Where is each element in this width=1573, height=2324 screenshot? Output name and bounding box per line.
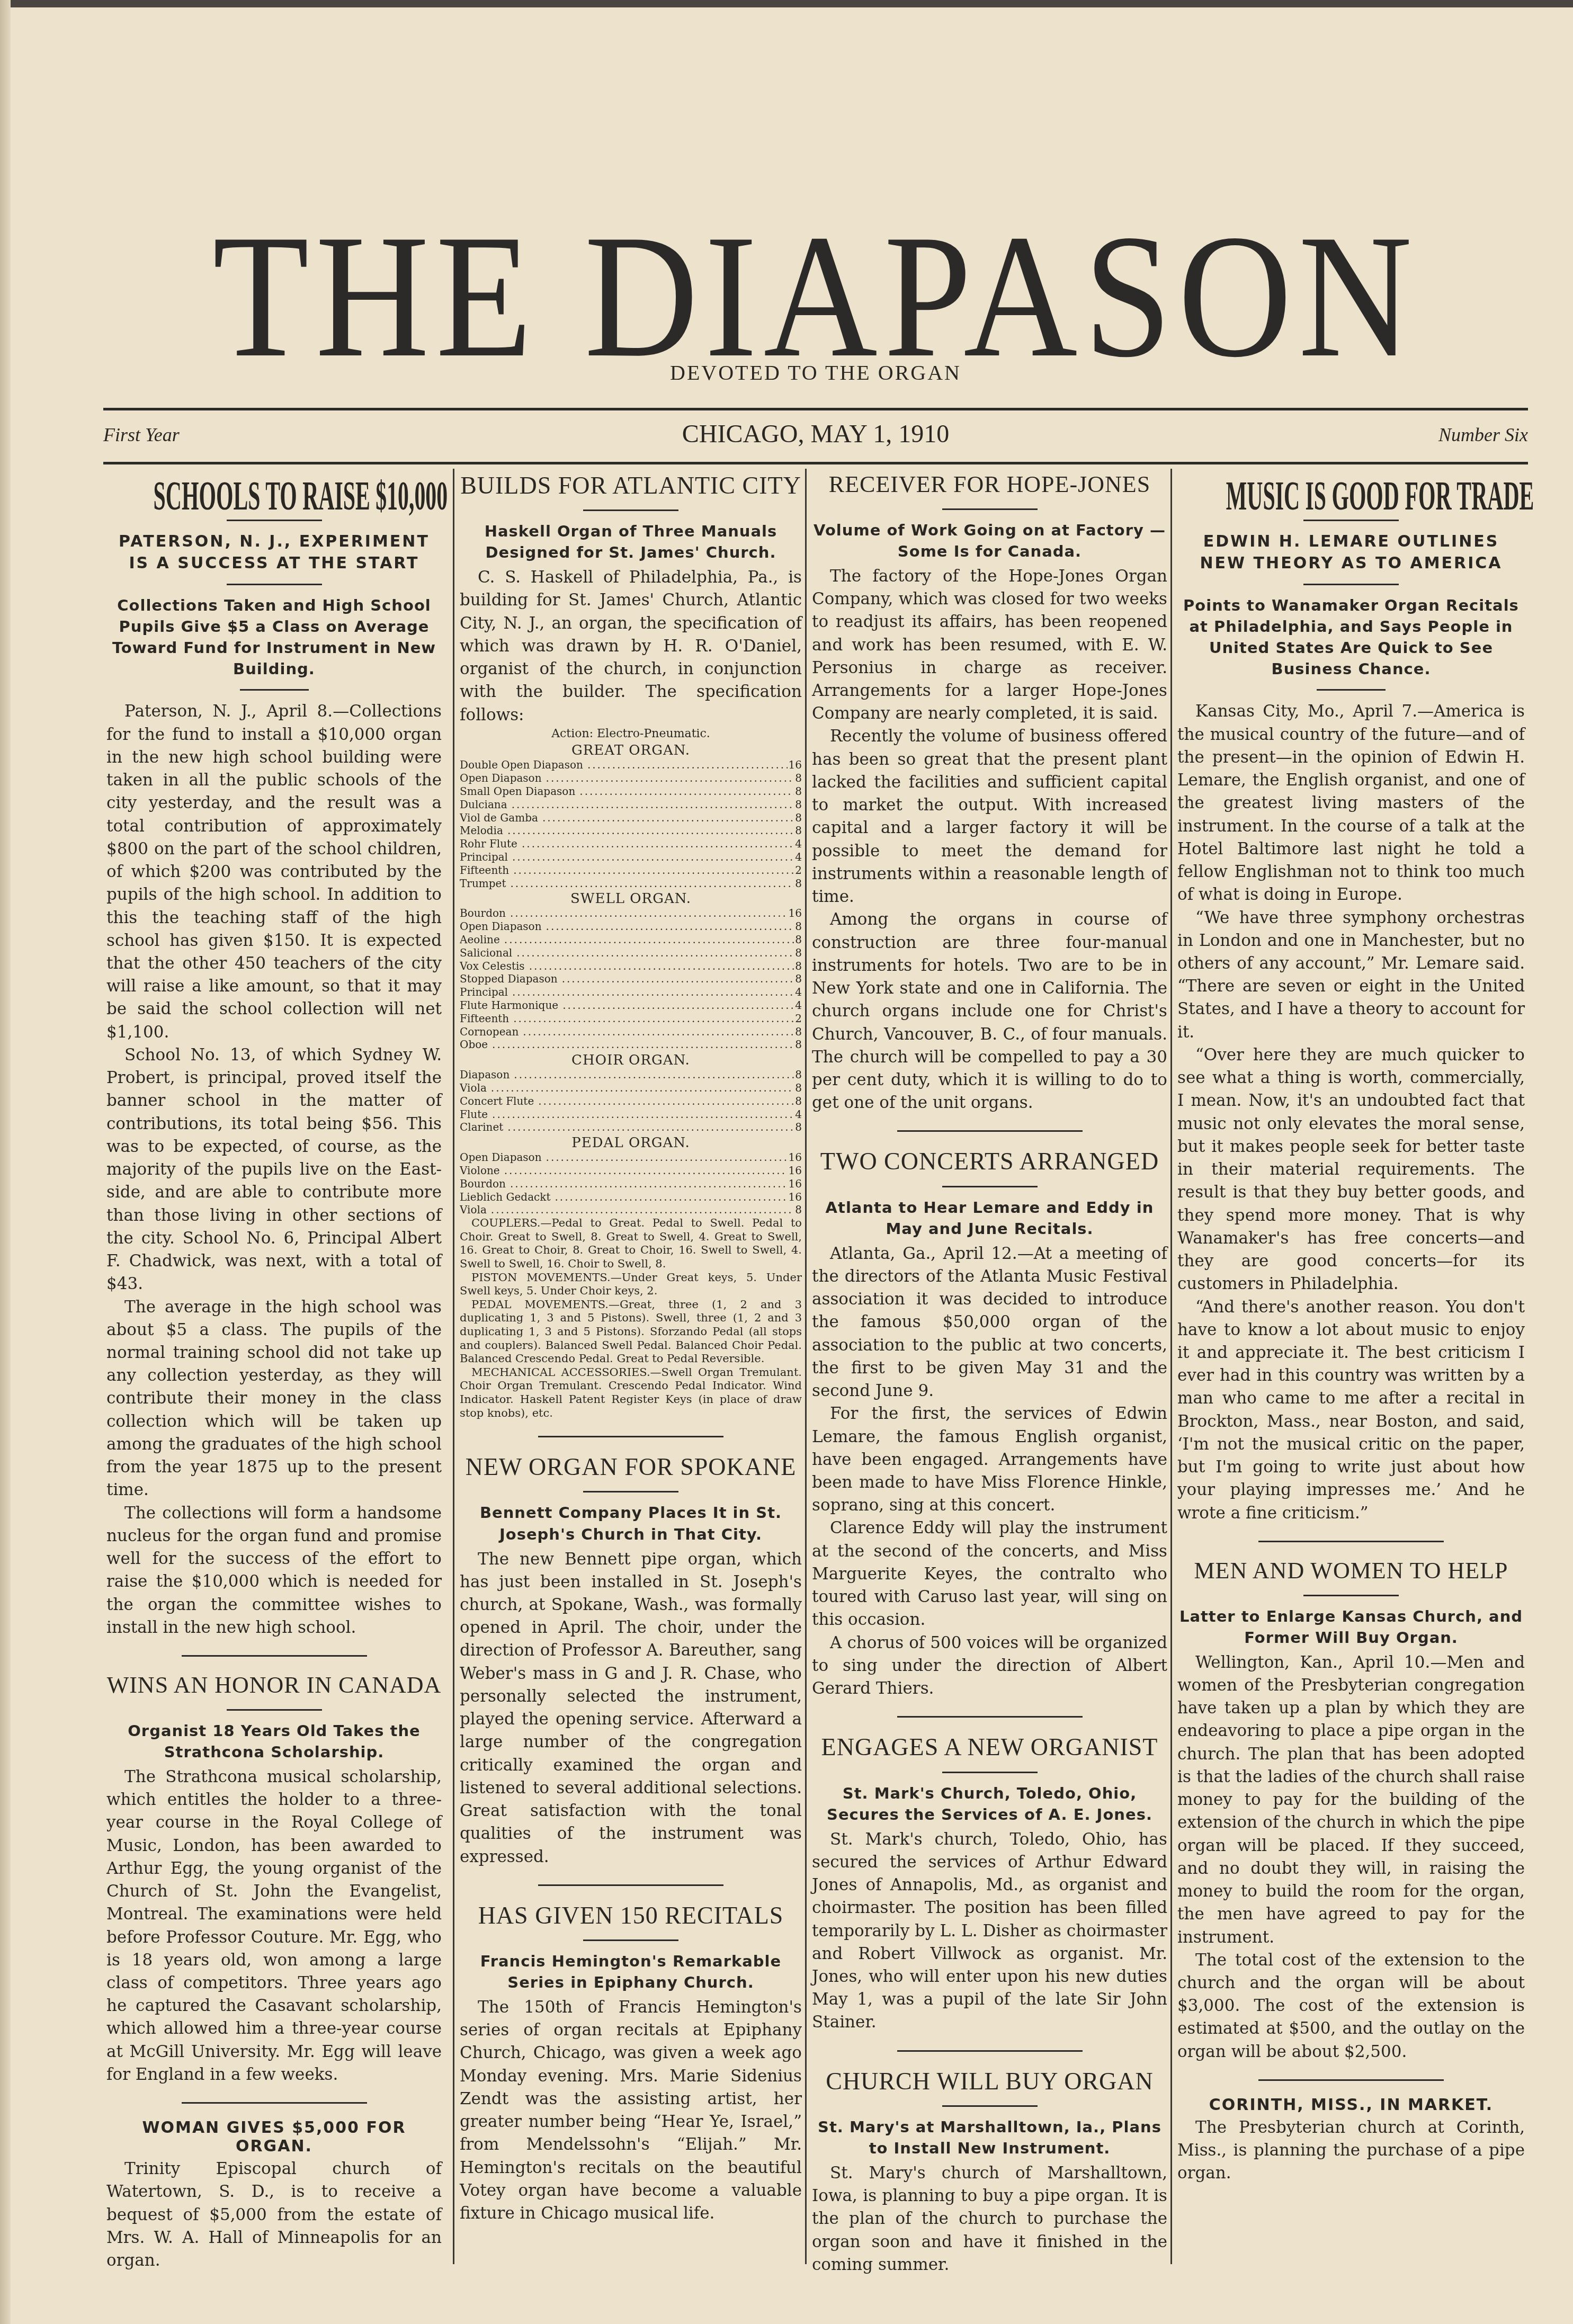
section-divider [538,1436,723,1437]
stop-name: Oboe [460,1038,492,1051]
stop-name: Principal [460,851,512,864]
paragraph: A chorus of 500 voices will be organized… [812,1632,1167,1701]
section-divider [897,1130,1083,1132]
stop-name: Trumpet [460,877,510,890]
leader-dots [512,851,794,864]
stop-pitch: 4 [794,986,802,999]
paragraph: The 150th of Francis Hemington's series … [460,1996,802,2225]
stop-row: Viola8 [460,1081,802,1095]
stop-row: Double Open Diapason16 [460,758,802,772]
deck: Organist 18 Years Old Takes the Strathco… [106,1720,442,1763]
stop-row: Open Diapason8 [460,772,802,785]
deck: Francis Hemington's Remarkable Series in… [460,1951,802,1993]
article-men-women: MEN AND WOMEN TO HELP Latter to Enlarge … [1177,1557,1525,2063]
stop-name: Viola [460,1081,491,1095]
stop-row: Viol de Gamba8 [460,811,802,825]
stop-row: Aeoline8 [460,933,802,946]
divider [1317,689,1386,691]
leader-dots [529,960,794,973]
paragraph: St. Mark's church, Toledo, Ohio, has sec… [812,1828,1167,2034]
stop-pitch: 8 [794,798,802,811]
divider [583,1491,678,1492]
stop-name: Rohr Flute [460,837,522,851]
headline: NEW ORGAN FOR SPOKANE [460,1452,802,1481]
section-divider [182,1655,367,1657]
spec-note: PISTON MOVEMENTS.—Under Great keys, 5. U… [460,1271,802,1298]
stop-pitch: 8 [794,1025,802,1039]
stop-row: Fifteenth2 [460,1012,802,1025]
stop-list-choir: Diapason8Viola8Concert Flute8Flute4Clari… [460,1068,802,1134]
leader-dots [512,986,794,999]
deck: Volume of Work Going on at Factory —Some… [812,520,1167,562]
stop-pitch: 16 [788,907,802,920]
paragraph: St. Mary's church of Marshalltown, Iowa,… [812,2162,1167,2276]
stop-pitch: 8 [794,920,802,933]
leader-dots [504,1164,788,1177]
article-new-organist: ENGAGES A NEW ORGANIST St. Mark's Church… [812,1732,1167,2034]
stop-row: Diapason8 [460,1068,802,1081]
paragraph: Atlanta, Ga., April 12.—At a meeting of … [812,1243,1167,1403]
paragraph: “Over here they are much quicker to see … [1177,1044,1525,1296]
article-church-buy: CHURCH WILL BUY ORGAN St. Mary's at Mars… [812,2067,1167,2276]
article-recitals: HAS GIVEN 150 RECITALS Francis Hemington… [460,1901,802,2225]
stop-name: Concert Flute [460,1095,538,1108]
stop-name: Violone [460,1164,504,1177]
paragraph: “And there's another reason. You don't h… [1177,1296,1525,1525]
stop-row: Salicional8 [460,946,802,960]
paragraph: Wellington, Kan., April 10.—Men and wome… [1177,1651,1525,1949]
stop-row: Fifteenth2 [460,864,802,877]
leader-dots [510,907,788,920]
leader-dots [546,920,794,933]
stop-name: Viol de Gamba [460,811,542,825]
divider [1303,584,1399,585]
article-hope-jones: RECEIVER FOR HOPE-JONES Volume of Work G… [812,471,1167,1114]
stop-row: Clarinet8 [460,1121,802,1134]
stop-row: Open Diapason16 [460,1151,802,1164]
leader-dots [504,933,794,946]
stop-name: Melodia [460,824,507,837]
stop-name: Flute Harmonique [460,999,562,1012]
deck: St. Mark's Church, Toledo, Ohio, Secures… [812,1783,1167,1825]
headline: TWO CONCERTS ARRANGED [812,1147,1167,1176]
issue-number: Number Six [1438,424,1528,446]
leader-dots [516,946,794,960]
leader-dots [513,864,794,877]
stop-name: Flute [460,1108,492,1121]
paragraph: Clarence Eddy will play the instrument a… [812,1517,1167,1631]
headline: WOMAN GIVES $5,000 FOR ORGAN. [106,2119,442,2156]
stop-pitch: 8 [794,785,802,798]
stop-name: Diapason [460,1068,514,1081]
paragraph: The total cost of the extension to the c… [1177,1949,1525,2063]
paragraph: Trinity Episcopal church of Watertown, S… [106,2158,442,2272]
stop-pitch: 16 [788,1177,802,1191]
article-two-concerts: TWO CONCERTS ARRANGED Atlanta to Hear Le… [812,1147,1167,1700]
stop-pitch: 8 [794,824,802,837]
divider [227,1709,322,1711]
article-schools: SCHOOLS TO RAISE $10,000 PATERSON, N. J.… [106,471,442,1639]
headline: BUILDS FOR ATLANTIC CITY [460,471,802,500]
stop-row: Rohr Flute4 [460,837,802,851]
stop-row: Stopped Diapason8 [460,972,802,986]
leader-dots [507,1121,794,1134]
leader-dots [538,1095,794,1108]
deck: PATERSON, N. J., EXPERIMENT IS A SUCCESS… [106,531,442,575]
paragraph: The new Bennett pipe organ, which has ju… [460,1548,802,1869]
stop-row: Vox Celestis8 [460,960,802,973]
stop-name: Aeoline [460,933,504,946]
stop-name: Vox Celestis [460,960,529,973]
paragraph: The factory of the Hope-Jones Organ Comp… [812,565,1167,726]
stop-name: Fifteenth [460,864,513,877]
stop-pitch: 8 [794,877,802,890]
stop-row: Small Open Diapason8 [460,785,802,798]
column-3: RECEIVER FOR HOPE-JONES Volume of Work G… [805,469,1170,2264]
stop-row: Viola8 [460,1203,802,1217]
divider [1303,1595,1399,1596]
article-music-trade: MUSIC IS GOOD FOR TRADE EDWIN H. LEMARE … [1177,471,1525,1525]
stop-list-pedal: Open Diapason16Violone16Bourdon16Lieblic… [460,1151,802,1217]
stop-pitch: 8 [794,1081,802,1095]
stop-list-great: Double Open Diapason16Open Diapason8Smal… [460,758,802,890]
stop-pitch: 4 [794,1108,802,1121]
divider [942,1772,1038,1773]
deck: Latter to Enlarge Kansas Church, and For… [1177,1606,1525,1648]
stop-name: Salicional [460,946,516,960]
stop-name: Clarinet [460,1121,507,1134]
stop-name: Open Diapason [460,1151,546,1164]
paragraph: The Presbyterian church at Corinth, Miss… [1177,2116,1525,2185]
stop-row: Bourdon16 [460,907,802,920]
headline: WINS AN HONOR IN CANADA [106,1672,442,1700]
headline: CORINTH, MISS., IN MARKET. [1177,2096,1525,2114]
division-heading: CHOIR ORGAN. [460,1052,802,1068]
column-2: BUILDS FOR ATLANTIC CITY Haskell Organ o… [453,469,805,2264]
leader-dots [579,785,794,798]
paragraph: For the first, the services of Edwin Lem… [812,1402,1167,1517]
stop-name: Cornopean [460,1025,523,1039]
headline: RECEIVER FOR HOPE-JONES [812,471,1167,499]
leader-dots [546,772,794,785]
issue-date: CHICAGO, MAY 1, 1910 [103,419,1528,449]
paragraph: The collections will form a handsome nuc… [106,1502,442,1639]
stop-pitch: 8 [794,933,802,946]
dateline-bar: First Year CHICAGO, MAY 1, 1910 Number S… [103,418,1528,450]
leader-dots [522,837,794,851]
stop-pitch: 8 [794,1038,802,1051]
leader-dots [555,1191,787,1204]
paragraph: “We have three symphony orchestras in Lo… [1177,907,1525,1044]
leader-dots [562,999,794,1012]
stop-name: Dulciana [460,798,512,811]
section-divider [1258,1541,1444,1542]
leader-dots [510,877,794,890]
stop-pitch: 8 [794,1121,802,1134]
article-corinth: CORINTH, MISS., IN MARKET. The Presbyter… [1177,2096,1525,2185]
stop-row: Flute4 [460,1108,802,1121]
divider [942,508,1038,510]
stop-name: Lieblich Gedackt [460,1191,555,1204]
article-atlantic-city: BUILDS FOR ATLANTIC CITY Haskell Organ o… [460,471,802,1420]
deck: Collections Taken and High School Pupils… [106,595,442,680]
headline: MUSIC IS GOOD FOR TRADE [1226,471,1476,521]
paragraph: School No. 13, of which Sydney W. Prober… [106,1044,442,1296]
section-divider [897,1716,1083,1718]
stop-pitch: 8 [794,1068,802,1081]
leader-dots [546,1151,788,1164]
stop-row: Concert Flute8 [460,1095,802,1108]
stop-pitch: 16 [788,1151,802,1164]
newspaper-columns: SCHOOLS TO RAISE $10,000 PATERSON, N. J.… [103,469,1528,2264]
divider [583,510,678,511]
stop-name: Viola [460,1203,491,1217]
stop-row: Oboe8 [460,1038,802,1051]
publication-title: THE DIAPASON [103,208,1528,385]
leader-dots [507,824,794,837]
stop-pitch: 16 [788,1191,802,1204]
deck: Points to Wanamaker Organ Recitals at Ph… [1177,595,1525,680]
divider [942,2105,1038,2107]
deck: EDWIN H. LEMARE OUTLINES NEW THEORY AS T… [1177,531,1525,575]
leader-dots [492,1108,794,1121]
section-divider [538,1884,723,1886]
leader-dots [510,1177,788,1191]
division-heading: GREAT ORGAN. [460,743,802,758]
stop-name: Bourdon [460,1177,510,1191]
stop-list-swell: Bourdon16Open Diapason8Aeoline8Saliciona… [460,907,802,1051]
leader-dots [491,1081,794,1095]
stop-pitch: 8 [794,972,802,986]
stop-row: Open Diapason8 [460,920,802,933]
leader-dots [587,758,788,772]
deck: Atlanta to Hear Lemare and Eddy in May a… [812,1197,1167,1239]
deck: Bennett Company Places It in St. Joseph'… [460,1502,802,1544]
stop-pitch: 4 [794,837,802,851]
stop-row: Flute Harmonique4 [460,999,802,1012]
paragraph: Among the organs in course of constructi… [812,908,1167,1114]
leader-dots [523,1025,794,1039]
stop-name: Bourdon [460,907,510,920]
leader-dots [513,1012,794,1025]
column-1: SCHOOLS TO RAISE $10,000 PATERSON, N. J.… [103,469,445,2264]
spec-note: COUPLERS.—Pedal to Great. Pedal to Swell… [460,1217,802,1271]
headline: HAS GIVEN 150 RECITALS [460,1901,802,1930]
stop-row: Violone16 [460,1164,802,1177]
stop-row: Dulciana8 [460,798,802,811]
paragraph: Kansas City, Mo., April 7.—America is th… [1177,700,1525,906]
stop-pitch: 8 [794,1203,802,1217]
stop-name: Stopped Diapason [460,972,562,986]
column-4: MUSIC IS GOOD FOR TRADE EDWIN H. LEMARE … [1170,469,1528,2264]
section-divider [182,2102,367,2104]
stop-row: Cornopean8 [460,1025,802,1039]
tagline: DEVOTED TO THE ORGAN [103,360,1528,385]
divider [583,1939,678,1941]
stop-pitch: 16 [788,758,802,772]
paragraph: Recently the volume of business offered … [812,725,1167,908]
divider [227,584,322,585]
headline: CHURCH WILL BUY ORGAN [812,2067,1167,2096]
headline: MEN AND WOMEN TO HELP [1177,1557,1525,1585]
spec-note: PEDAL MOVEMENTS.—Great, three (1, 2 and … [460,1298,802,1366]
stop-name: Small Open Diapason [460,785,579,798]
paragraph: C. S. Haskell of Philadelphia, Pa., is b… [460,566,802,727]
article-spokane: NEW ORGAN FOR SPOKANE Bennett Company Pl… [460,1452,802,1869]
stop-row: Principal4 [460,986,802,999]
headline: ENGAGES A NEW ORGANIST [812,1732,1167,1762]
stop-row: Principal4 [460,851,802,864]
scan-top-edge [0,0,1573,7]
stop-pitch: 8 [794,960,802,973]
stop-pitch: 2 [794,1012,802,1025]
stop-row: Lieblich Gedackt16 [460,1191,802,1204]
stop-row: Melodia8 [460,824,802,837]
stop-name: Fifteenth [460,1012,513,1025]
stop-row: Trumpet8 [460,877,802,890]
leader-dots [492,1038,794,1051]
division-heading: PEDAL ORGAN. [460,1135,802,1151]
article-woman-gives: WOMAN GIVES $5,000 FOR ORGAN. Trinity Ep… [106,2119,442,2272]
divider [240,689,309,691]
stop-pitch: 8 [794,1095,802,1108]
divider [942,1186,1038,1187]
leader-dots [491,1203,794,1217]
headline: SCHOOLS TO RAISE $10,000 [154,471,395,521]
leader-dots [512,798,794,811]
deck: St. Mary's at Marshalltown, Ia., Plans t… [812,2116,1167,2159]
leader-dots [514,1068,794,1081]
section-divider [897,2050,1083,2052]
stop-pitch: 8 [794,946,802,960]
stop-pitch: 4 [794,999,802,1012]
division-heading: SWELL ORGAN. [460,891,802,907]
stop-name: Double Open Diapason [460,758,587,772]
section-divider [1258,2079,1444,2081]
stop-pitch: 16 [788,1164,802,1177]
stop-name: Principal [460,986,512,999]
stop-name: Open Diapason [460,772,546,785]
paragraph: The Strathcona musical scholarship, whic… [106,1766,442,2086]
masthead-rule-top [103,408,1528,410]
stop-pitch: 8 [794,811,802,825]
leader-dots [562,972,794,986]
masthead-rule-bottom [103,462,1528,464]
page-binding-edge [0,0,11,2324]
stop-pitch: 8 [794,772,802,785]
leader-dots [542,811,794,825]
stop-pitch: 2 [794,864,802,877]
spec-note: MECHANICAL ACCESSORIES.—Swell Organ Trem… [460,1366,802,1420]
deck: Haskell Organ of Three Manuals Designed … [460,521,802,563]
stop-row: Bourdon16 [460,1177,802,1191]
paragraph: Paterson, N. J., April 8.—Collections fo… [106,700,442,1044]
stop-name: Open Diapason [460,920,546,933]
article-canada: WINS AN HONOR IN CANADA Organist 18 Year… [106,1672,442,2086]
action-type: Action: Electro-Pneumatic. [460,727,802,742]
paragraph: The average in the high school was about… [106,1296,442,1502]
stop-pitch: 4 [794,851,802,864]
